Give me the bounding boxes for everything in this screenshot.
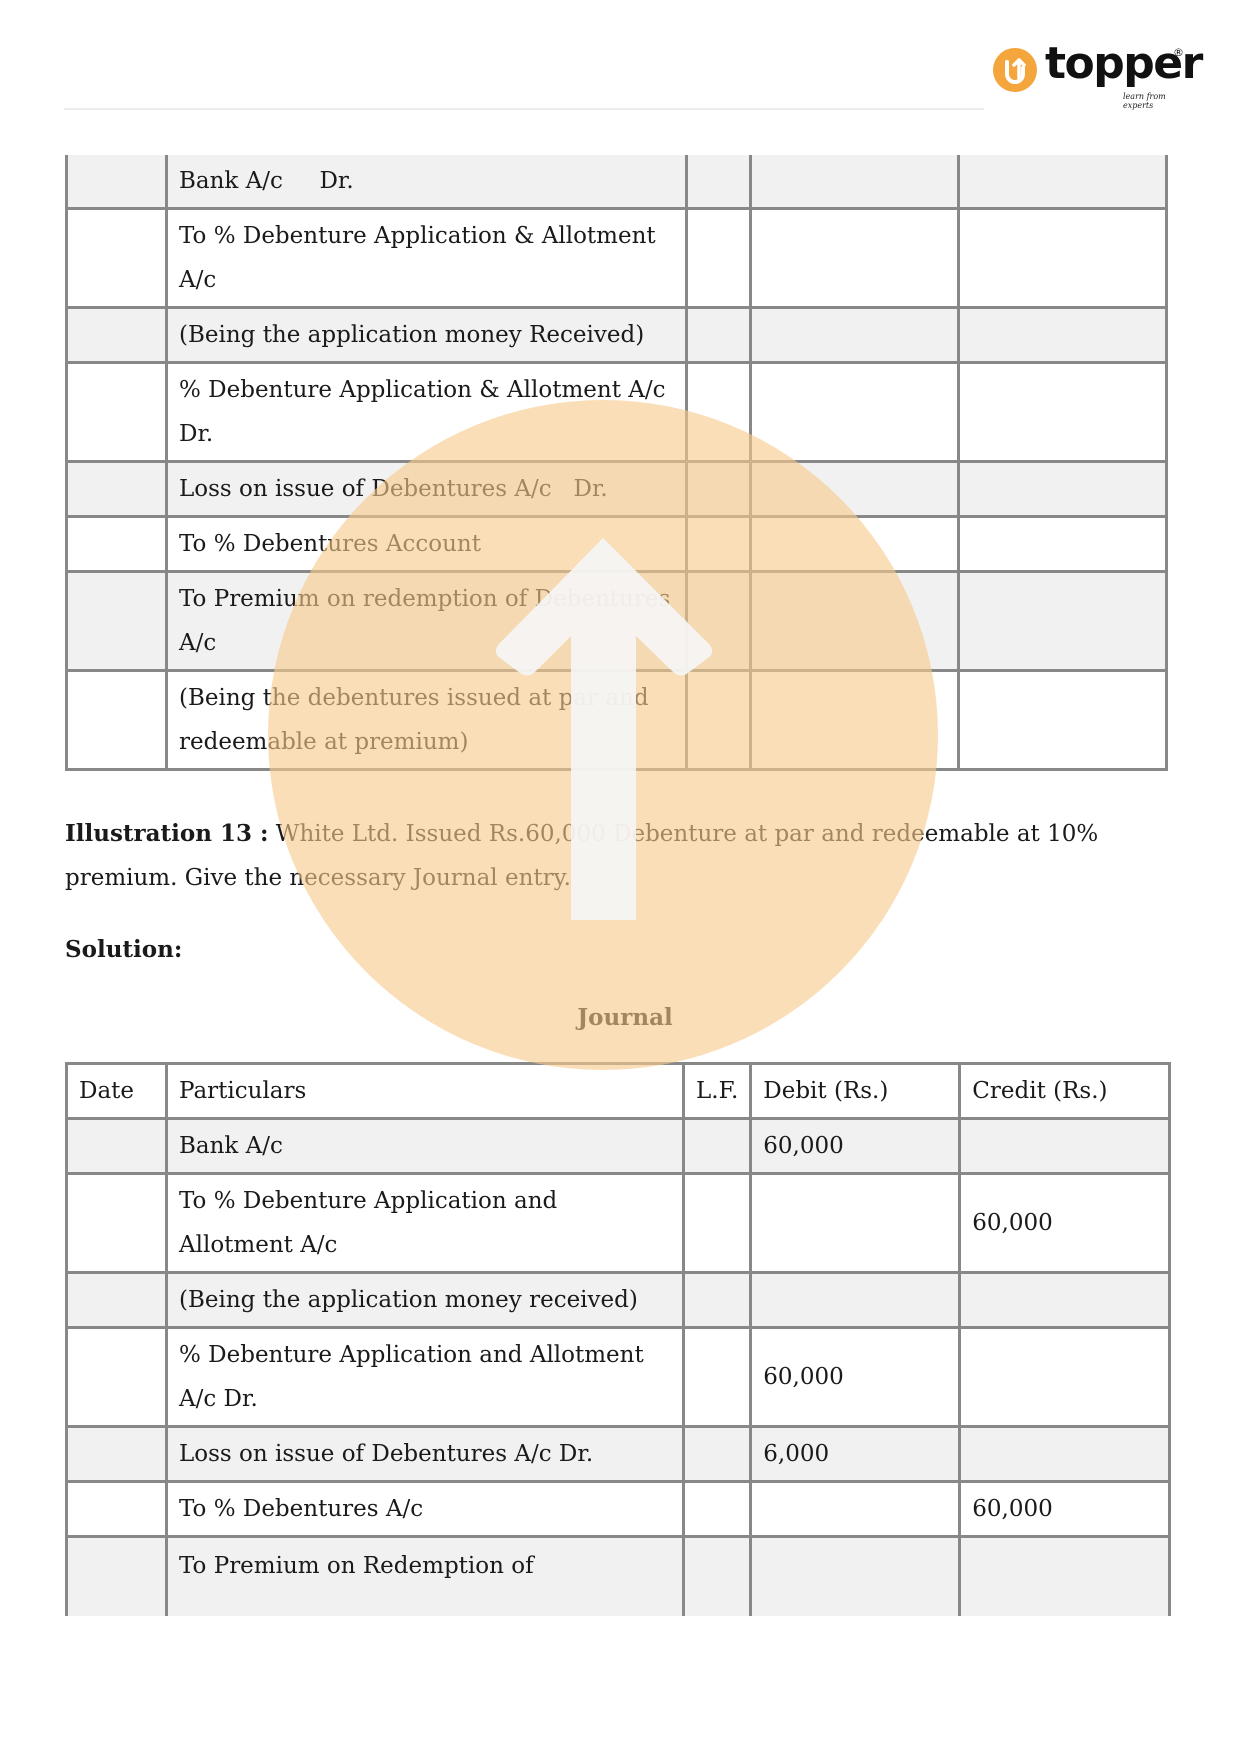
cell-credit: 60,000: [960, 1482, 1170, 1537]
cell-date: [67, 1174, 167, 1273]
table-row: Loss on issue of Debentures A/c Dr.: [67, 462, 1167, 517]
table-row: To % Debentures A/c60,000: [67, 1482, 1170, 1537]
cell-particulars: Bank A/c: [167, 1119, 684, 1174]
cell-date: [67, 1273, 167, 1328]
cell-lf: [684, 1482, 751, 1537]
cell-debit: [751, 671, 959, 770]
cell-credit: [960, 1537, 1170, 1617]
registered-mark: ®: [1173, 46, 1184, 59]
cell-credit: 60,000: [960, 1174, 1170, 1273]
cell-particulars: (Being the application money Received): [167, 308, 687, 363]
cell-credit: [959, 363, 1167, 462]
journal-title: Journal: [0, 996, 1240, 1040]
cell-credit: [959, 572, 1167, 671]
table-header-row: Date Particulars L.F. Debit (Rs.) Credit…: [67, 1064, 1170, 1119]
cell-date: [67, 1537, 167, 1617]
cell-date: [67, 462, 167, 517]
table-row: To % Debenture Application & Allotment A…: [67, 209, 1167, 308]
cell-lf: [687, 209, 751, 308]
cell-lf: [684, 1427, 751, 1482]
cell-credit: [960, 1119, 1170, 1174]
cell-particulars: (Being the debentures issued at par and …: [167, 671, 687, 770]
table-row: Bank A/c60,000: [67, 1119, 1170, 1174]
cell-debit: 60,000: [751, 1328, 960, 1427]
journal-table-continued: Bank A/c Dr.To % Debenture Application &…: [65, 155, 1168, 771]
header-debit: Debit (Rs.): [751, 1064, 960, 1119]
cell-lf: [687, 308, 751, 363]
cell-lf: [687, 363, 751, 462]
table-row: (Being the application money received): [67, 1273, 1170, 1328]
illustration-question: Illustration 13 : White Ltd. Issued Rs.6…: [65, 812, 1175, 900]
cell-particulars: To % Debenture Application and Allotment…: [167, 1174, 684, 1273]
cell-date: [67, 1119, 167, 1174]
cell-credit: [959, 209, 1167, 308]
cell-lf: [684, 1273, 751, 1328]
cell-debit: [751, 517, 959, 572]
cell-debit: [751, 572, 959, 671]
cell-debit: [751, 1482, 960, 1537]
cell-credit: [960, 1427, 1170, 1482]
topper-u-badge-icon: [993, 48, 1037, 92]
cell-particulars: To Premium on Redemption of: [167, 1537, 684, 1617]
cell-date: [67, 308, 167, 363]
cell-particulars: Loss on issue of Debentures A/c Dr.: [167, 462, 687, 517]
header-particulars: Particulars: [167, 1064, 684, 1119]
cell-credit: [960, 1273, 1170, 1328]
cell-debit: [751, 308, 959, 363]
cell-debit: [751, 209, 959, 308]
cell-date: [67, 155, 167, 209]
cell-particulars: To % Debenture Application & Allotment A…: [167, 209, 687, 308]
cell-debit: [751, 1174, 960, 1273]
cell-lf: [687, 517, 751, 572]
cell-date: [67, 671, 167, 770]
table-row: % Debenture Application & Allotment A/c …: [67, 363, 1167, 462]
table-row: (Being the debentures issued at par and …: [67, 671, 1167, 770]
header-credit: Credit (Rs.): [960, 1064, 1170, 1119]
table-row: Bank A/c Dr.: [67, 155, 1167, 209]
cell-debit: [751, 363, 959, 462]
cell-credit: [959, 308, 1167, 363]
cell-particulars: Loss on issue of Debentures A/c Dr.: [167, 1427, 684, 1482]
table-row: Loss on issue of Debentures A/c Dr.6,000: [67, 1427, 1170, 1482]
table-row: To Premium on Redemption of: [67, 1537, 1170, 1617]
illustration-label: Illustration 13 :: [65, 820, 269, 847]
cell-debit: [751, 1537, 960, 1617]
cell-date: [67, 572, 167, 671]
cell-lf: [687, 671, 751, 770]
cell-particulars: % Debenture Application and Allotment A/…: [167, 1328, 684, 1427]
solution-heading: Solution:: [65, 928, 182, 972]
cell-particulars: (Being the application money received): [167, 1273, 684, 1328]
cell-lf: [687, 572, 751, 671]
topper-logo: topper ® learn from experts: [993, 48, 1193, 108]
cell-date: [67, 517, 167, 572]
cell-date: [67, 209, 167, 308]
table-row: (Being the application money Received): [67, 308, 1167, 363]
cell-lf: [684, 1174, 751, 1273]
table-row: To % Debentures Account: [67, 517, 1167, 572]
cell-lf: [687, 155, 751, 209]
cell-date: [67, 1427, 167, 1482]
cell-date: [67, 363, 167, 462]
cell-credit: [959, 517, 1167, 572]
cell-date: [67, 1328, 167, 1427]
table-row: To % Debenture Application and Allotment…: [67, 1174, 1170, 1273]
cell-lf: [684, 1328, 751, 1427]
cell-particulars: To % Debentures A/c: [167, 1482, 684, 1537]
cell-credit: [959, 462, 1167, 517]
cell-credit: [960, 1328, 1170, 1427]
cell-lf: [687, 462, 751, 517]
cell-particulars: Bank A/c Dr.: [167, 155, 687, 209]
cell-particulars: To Premium on redemption of Debentures A…: [167, 572, 687, 671]
cell-particulars: To % Debentures Account: [167, 517, 687, 572]
cell-credit: [959, 671, 1167, 770]
cell-particulars: % Debenture Application & Allotment A/c …: [167, 363, 687, 462]
cell-lf: [684, 1119, 751, 1174]
header-divider: [64, 108, 984, 110]
table-row: % Debenture Application and Allotment A/…: [67, 1328, 1170, 1427]
cell-credit: [959, 155, 1167, 209]
header-date: Date: [67, 1064, 167, 1119]
brand-tagline: learn from experts: [1123, 92, 1193, 110]
cell-debit: 6,000: [751, 1427, 960, 1482]
cell-debit: [751, 155, 959, 209]
journal-table-solution: Date Particulars L.F. Debit (Rs.) Credit…: [65, 1062, 1171, 1616]
cell-debit: [751, 462, 959, 517]
cell-lf: [684, 1537, 751, 1617]
header-lf: L.F.: [684, 1064, 751, 1119]
table-row: To Premium on redemption of Debentures A…: [67, 572, 1167, 671]
cell-debit: [751, 1273, 960, 1328]
cell-debit: 60,000: [751, 1119, 960, 1174]
cell-date: [67, 1482, 167, 1537]
